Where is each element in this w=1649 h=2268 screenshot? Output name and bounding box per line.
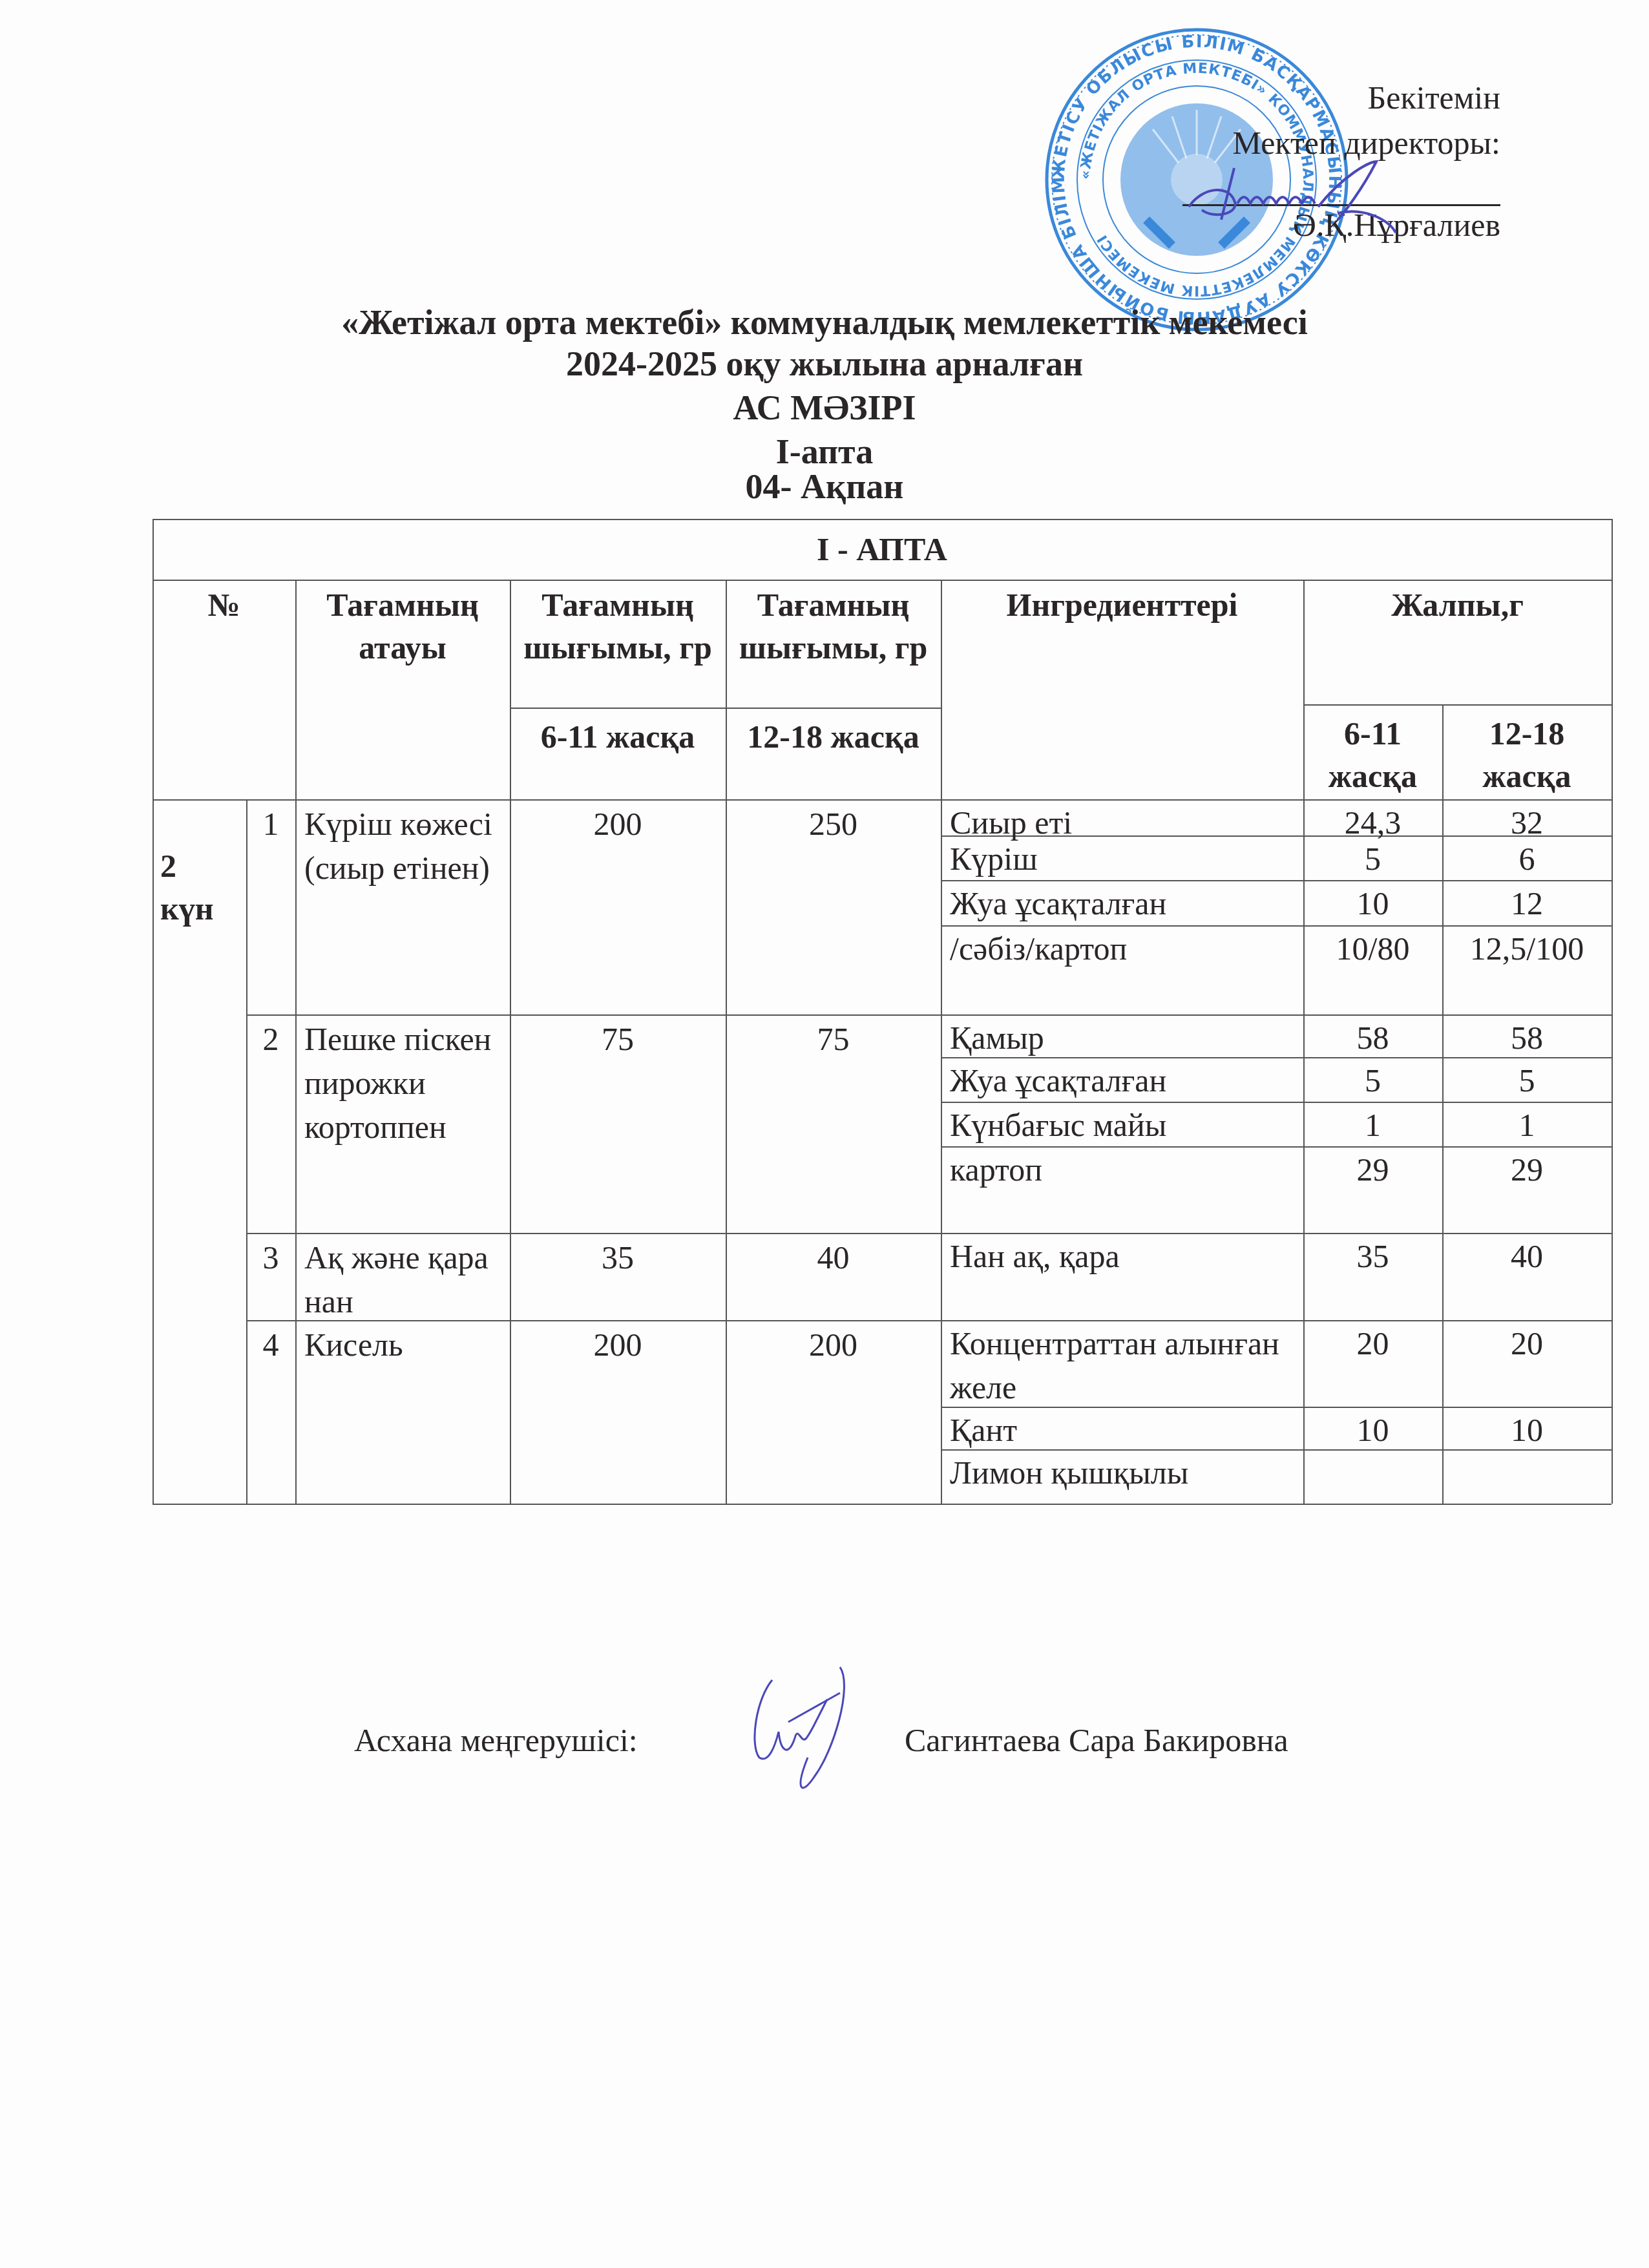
ingredient-grams-6-11: 5 [1303,835,1442,880]
header-total: Жалпы,г [1303,580,1612,704]
header-yield-12-18: Тағамның шығымы, гр [726,580,941,708]
dish-yield-6-11: 200 [510,1320,726,1504]
header-total-12-18: 12-18 жасқа [1442,704,1612,799]
ingredient-name: Жуа ұсақталған [941,1057,1303,1102]
ingredient-grams-12-18: 32 [1442,799,1612,835]
ingredient-grams-6-11: 1 [1303,1102,1442,1146]
ingredient-grams-12-18: 29 [1442,1146,1612,1233]
canteen-head-signature-icon [730,1661,872,1809]
header-age-12-18: 12-18 жасқа [726,708,941,799]
day-number: 2 [160,845,246,887]
dish-yield-12-18: 40 [726,1233,941,1320]
ingredient-grams-12-18: 20 [1442,1320,1612,1407]
ingredient-grams-6-11: 10 [1303,1407,1442,1449]
ingredient-name: Лимон қышқылы [941,1449,1303,1504]
header-yield-6-11: Тағамның шығымы, гр [510,580,726,708]
header-total-6-11: 6-11 жасқа [1303,704,1442,799]
ingredient-name: картоп [941,1146,1303,1233]
ingredient-name: Күріш [941,835,1303,880]
canteen-head-name: Сагинтаева Сара Бакировна [905,1721,1288,1759]
ingredient-grams-12-18: 58 [1442,1014,1612,1057]
ingredient-grams-12-18: 12,5/100 [1442,925,1612,1014]
canteen-head-label: Асхана меңгерушісі: [354,1721,638,1759]
dish-yield-12-18: 75 [726,1014,941,1233]
ingredient-grams-6-11 [1303,1449,1442,1504]
title-week: І-апта [0,432,1649,472]
table-caption: І - АПТА [152,519,1612,580]
dish-name: Ақ және қара нан [295,1233,510,1320]
ingredient-grams-6-11: 24,3 [1303,799,1442,835]
director-signature-icon [1176,149,1422,246]
table-grid-line [1612,519,1613,1504]
ingredient-name: Концентраттан алынған желе [941,1320,1303,1407]
title-menu: АС МӘЗІРІ [0,388,1649,428]
dish-yield-6-11: 35 [510,1233,726,1320]
ingredient-grams-6-11: 29 [1303,1146,1442,1233]
day-label: 2күн [152,799,246,1504]
approval-title: Бекітемін [1182,81,1500,127]
ingredient-grams-6-11: 5 [1303,1057,1442,1102]
ingredient-name: Күнбағыс майы [941,1102,1303,1146]
dish-number: 1 [246,799,295,1014]
ingredient-grams-6-11: 10 [1303,880,1442,925]
title-date: 04- Ақпан [0,467,1649,507]
dish-yield-6-11: 75 [510,1014,726,1233]
ingredient-grams-12-18: 10 [1442,1407,1612,1449]
ingredient-grams-6-11: 10/80 [1303,925,1442,1014]
ingredient-grams-12-18: 6 [1442,835,1612,880]
header-ingredients: Ингредиенттері [941,580,1303,799]
header-dish-name: Тағамның атауы [295,580,510,799]
dish-yield-12-18: 250 [726,799,941,1014]
dish-yield-12-18: 200 [726,1320,941,1504]
dish-name: Күріш көжесі (сиыр етінен) [295,799,510,1014]
header-number: № [152,580,295,799]
dish-number: 2 [246,1014,295,1233]
ingredient-grams-12-18: 1 [1442,1102,1612,1146]
title-institution: «Жетіжал орта мектебі» коммуналдық мемле… [0,302,1649,342]
day-word: күн [160,887,246,930]
dish-name: Кисель [295,1320,510,1504]
ingredient-name: Қамыр [941,1014,1303,1057]
dish-name: Пешке піскен пирожки кортоппен [295,1014,510,1233]
ingredient-grams-6-11: 20 [1303,1320,1442,1407]
ingredient-name: Нан ақ, қара [941,1233,1303,1320]
dish-number: 4 [246,1320,295,1504]
ingredient-name: Жуа ұсақталған [941,880,1303,925]
dish-number: 3 [246,1233,295,1320]
table-grid-line [152,1504,1612,1505]
ingredient-grams-12-18 [1442,1449,1612,1504]
ingredient-grams-12-18: 5 [1442,1057,1612,1102]
title-year: 2024-2025 оқу жылына арналған [0,344,1649,384]
ingredient-name: /сәбіз/картоп [941,925,1303,1014]
ingredient-name: Сиыр еті [941,799,1303,835]
ingredient-grams-12-18: 40 [1442,1233,1612,1320]
header-age-6-11: 6-11 жасқа [510,708,726,799]
ingredient-grams-6-11: 35 [1303,1233,1442,1320]
ingredient-grams-12-18: 12 [1442,880,1612,925]
ingredient-name: Қант [941,1407,1303,1449]
dish-yield-6-11: 200 [510,799,726,1014]
ingredient-grams-6-11: 58 [1303,1014,1442,1057]
